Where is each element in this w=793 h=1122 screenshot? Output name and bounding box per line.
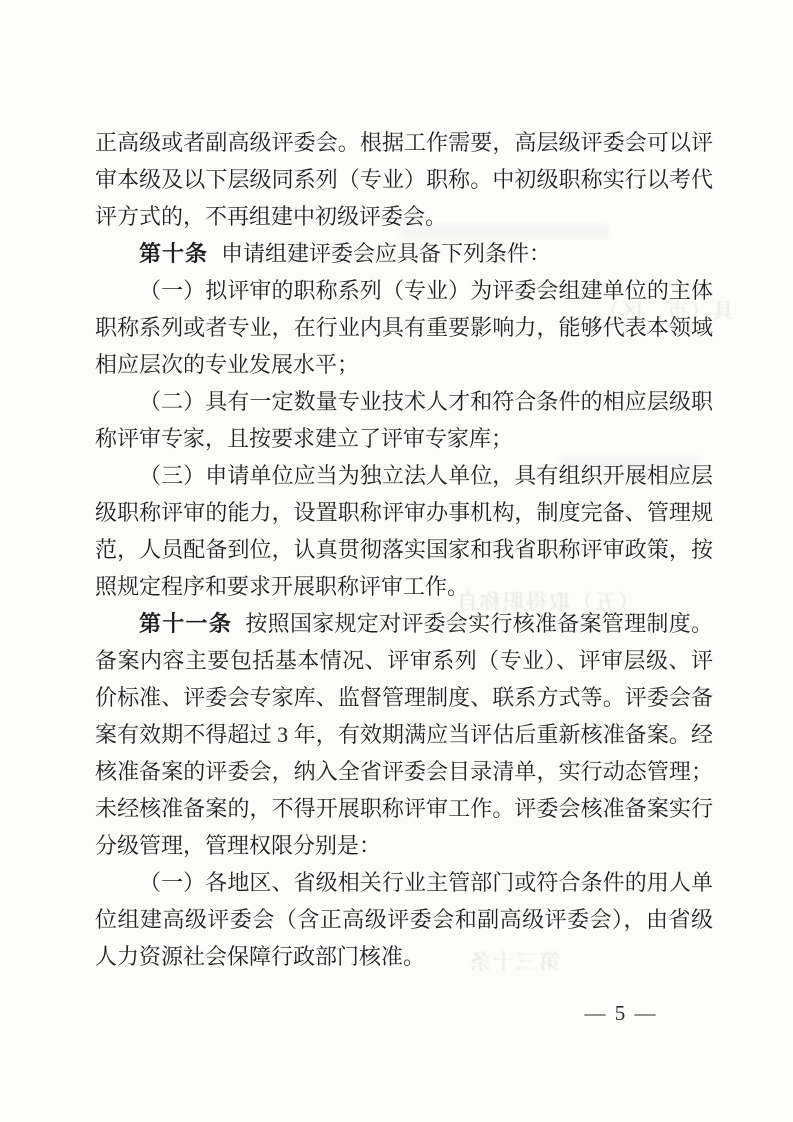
paragraph: （一）拟评审的职称系列（专业）为评委会组建单位的主体职称系列或者专业，在行业内具… xyxy=(95,272,713,383)
article-heading: 第十一条 xyxy=(139,611,232,636)
article-heading: 第十条 xyxy=(139,241,208,266)
paragraph: 第十条申请组建评委会应具备下列条件： xyxy=(95,235,713,272)
page-number: — 5 — xyxy=(566,1001,676,1026)
paragraph: 第十一条按照国家规定对评委会实行核准备案管理制度。备案内容主要包括基本情况、评审… xyxy=(95,605,713,864)
paragraph: （三）申请单位应当为独立法人单位，具有组织开展相应层级职称评审的能力，设置职称评… xyxy=(95,457,713,605)
paragraph: （一）各地区、省级相关行业主管部门或符合条件的用人单位组建高级评委会（含正高级评… xyxy=(95,864,713,975)
document-body: 正高级或者副高级评委会。根据工作需要，高层级评委会可以评审本级及以下层级同系列（… xyxy=(95,124,713,975)
paragraph: 正高级或者副高级评委会。根据工作需要，高层级评委会可以评审本级及以下层级同系列（… xyxy=(95,124,713,235)
paragraph: （二）具有一定数量专业技术人才和符合条件的相应层级职称评审专家，且按要求建立了评… xyxy=(95,383,713,457)
document-page: 正高级或者副高级评委会。根据工作需要，高层级评委会可以评审本级及以下层级同系列（… xyxy=(0,0,793,1122)
